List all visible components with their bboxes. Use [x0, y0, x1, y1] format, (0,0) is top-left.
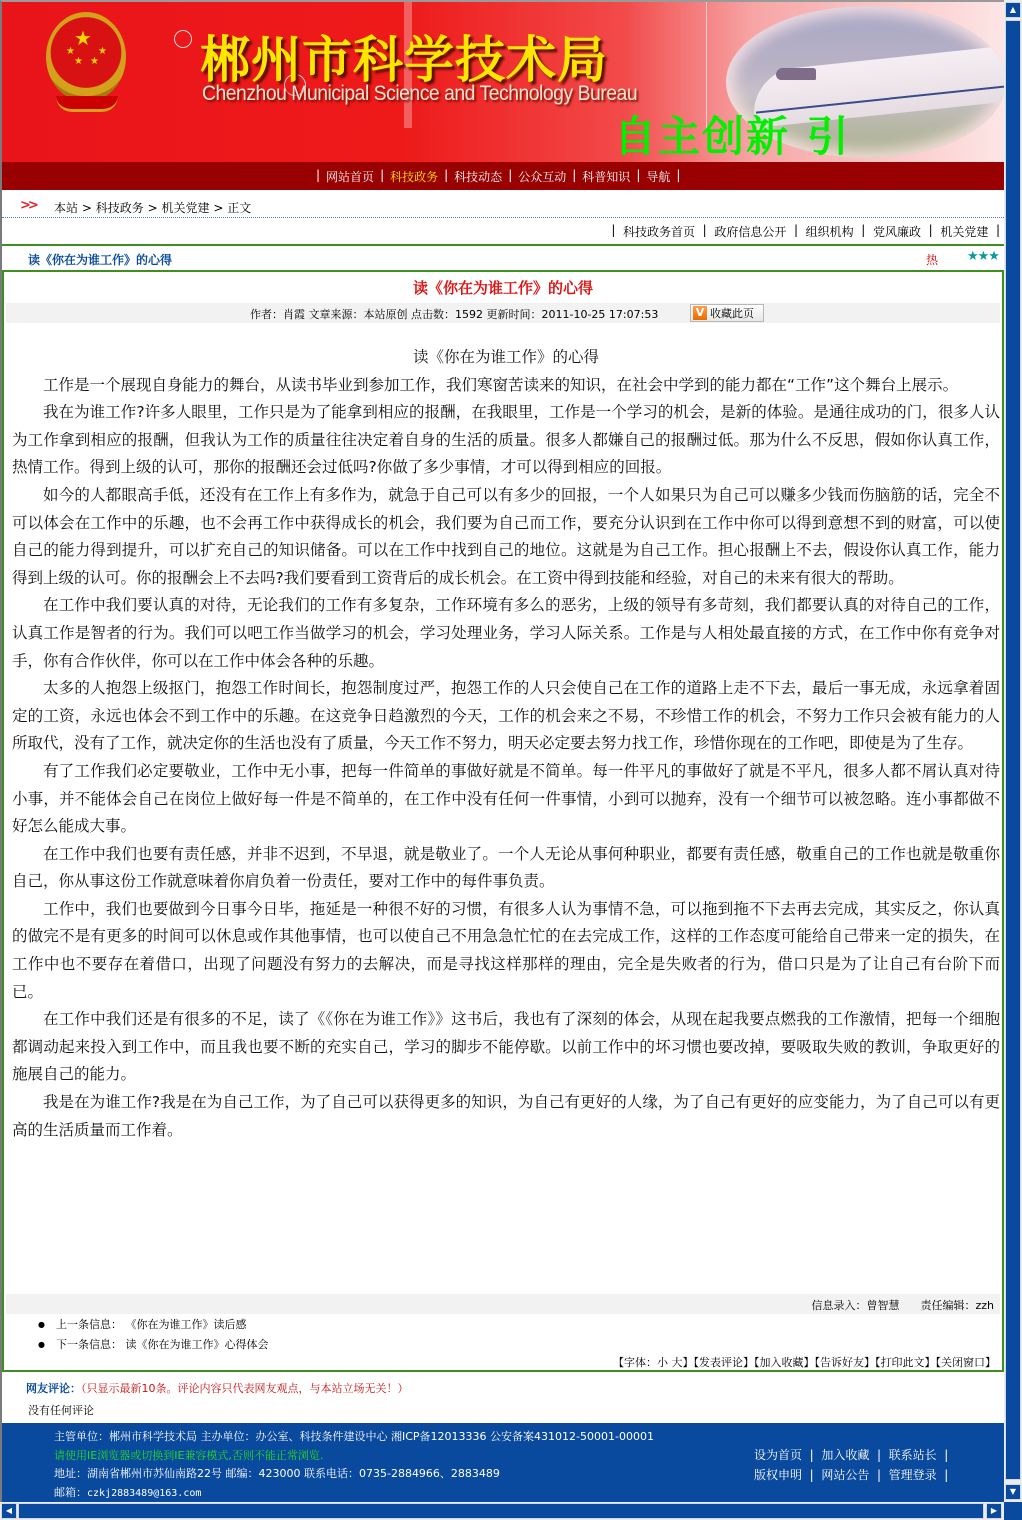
- scroll-up-arrow-icon[interactable]: ▲: [1005, 2, 1021, 18]
- bracket: 】: [683, 1356, 694, 1369]
- article-paragraph: 我是在为谁工作?我是在为自己工作，为了自己可以获得更多的知识，为自己有更好的人缘…: [12, 1089, 1000, 1144]
- double-chevron-right-icon: >>: [20, 198, 36, 213]
- article-body: 读《你在为谁工作》的心得 工作是一个展现自身能力的舞台，从读书毕业到参加工作，我…: [12, 344, 1000, 1144]
- slogan-text: 自主创新 引: [614, 104, 851, 162]
- updated-value: 2011-10-25 17:07:53: [542, 308, 659, 321]
- title-bar-text: 读《你在为谁工作》的心得: [28, 251, 172, 268]
- subnav-item-integrity[interactable]: 党风廉政: [873, 223, 921, 240]
- breadcrumb-separator: >: [148, 201, 158, 215]
- nav-item-sci-tech-affairs[interactable]: 科技政务: [384, 168, 444, 185]
- prev-label: 上一条信息：: [56, 1318, 122, 1331]
- print-link[interactable]: 【打印此文】: [875, 1356, 936, 1369]
- scrollbar-corner: [1004, 1502, 1022, 1520]
- article-body-heading: 读《你在为谁工作》的心得: [12, 344, 1000, 372]
- article-paragraph: 我在为谁工作?许多人眼里，工作只是为了能拿到相应的报酬，在我眼里，工作是一个学习…: [12, 399, 1000, 482]
- email-link[interactable]: czkj2883489@163.com: [87, 1488, 201, 1499]
- rating-stars-icon: ★★★: [967, 249, 999, 264]
- article-paragraph: 工作是一个展现自身能力的舞台，从读书毕业到参加工作，我们寒窗苦读来的知识，在社会…: [12, 372, 1000, 400]
- copyright-link[interactable]: 版权申明: [754, 1468, 802, 1482]
- footer: 主管单位：郴州市科学技术局 主办单位：办公室、科技条件建设中心 湘ICP备120…: [2, 1423, 1004, 1502]
- national-emblem-icon: ★★★★★: [46, 12, 128, 116]
- entry-label: 信息录入：: [811, 1299, 866, 1312]
- bookmark-page-button[interactable]: V 收藏此页: [690, 304, 764, 322]
- page-viewport: ★★★★★ 郴州市科学技术局 Chenzhou Municipal Scienc…: [0, 0, 1004, 1502]
- nav-item-public-interaction[interactable]: 公众互动: [512, 168, 572, 185]
- font-large-link[interactable]: 大: [672, 1356, 683, 1369]
- footer-address: 地址：湖南省郴州市苏仙南路22号 邮编：423000 联系电话：0735-288…: [54, 1465, 654, 1484]
- bookmark-v-icon: V: [693, 306, 707, 320]
- nav-item-sci-tech-news[interactable]: 科技动态: [448, 168, 508, 185]
- contact-webmaster-link[interactable]: 联系站长: [889, 1448, 937, 1462]
- editor-value: zzh: [975, 1299, 994, 1312]
- breadcrumb-item-party-building[interactable]: 机关党建: [161, 201, 209, 215]
- prev-article: 上一条信息： 《你在为谁工作》读后感: [38, 1315, 269, 1335]
- author-value: 肖霞: [283, 308, 305, 321]
- editor-label: 责任编辑：: [920, 1299, 975, 1312]
- article-info-bar: 信息录入：曾智慧 责任编辑：zzh: [6, 1294, 1000, 1314]
- announcement-link[interactable]: 网站公告: [821, 1468, 869, 1482]
- nav-item-home[interactable]: 网站首页: [320, 168, 380, 185]
- post-comment-link[interactable]: 【发表评论】: [694, 1356, 755, 1369]
- breadcrumb-separator: >: [213, 201, 223, 215]
- entry-value: 曾智慧: [866, 1299, 899, 1312]
- comments-label: 网友评论：: [26, 1382, 81, 1395]
- sub-nav: | 科技政务首页 | 政府信息公开 | 组织机构 | 党风廉政 | 机关党建 |: [608, 223, 1001, 240]
- source-value: 本站原创: [364, 308, 408, 321]
- footer-browser-notice: 请使用IE浏览器或切换到IE兼容模式,否则不能正常浏览.: [54, 1447, 654, 1466]
- article-paragraph: 有了工作我们必定要敬业，工作中无小事，把每一件简单的事做好就是不简单。每一件平凡…: [12, 758, 1000, 841]
- vertical-scroll-thumb[interactable]: [1005, 20, 1021, 1480]
- tell-friend-link[interactable]: 【告诉好友】: [815, 1356, 876, 1369]
- horizontal-scrollbar[interactable]: ◀ ▶: [0, 1502, 1004, 1520]
- nav-separator: |: [676, 168, 680, 185]
- article-paragraph: 如今的人都眼高手低，还没有在工作上有多作为，就急于自己可以有多少的回报，一个人如…: [12, 482, 1000, 592]
- comments-header: 网友评论：（只显示最新10条。评论内容只代表网友观点，与本站立场无关！）: [26, 1380, 409, 1396]
- comments-note: （只显示最新10条。评论内容只代表网友观点，与本站立场无关！）: [81, 1382, 409, 1395]
- prev-article-link[interactable]: 《你在为谁工作》读后感: [126, 1318, 247, 1331]
- breadcrumb-item-home[interactable]: 本站: [54, 201, 78, 215]
- article-title-bar: 读《你在为谁工作》的心得 热 ★★★: [2, 244, 1004, 272]
- prev-next-links: 上一条信息： 《你在为谁工作》读后感 下一条信息： 读《你在为谁工作》心得体会: [38, 1315, 269, 1355]
- site-title-en: Chenzhou Municipal Science and Technolog…: [202, 82, 637, 106]
- vertical-scrollbar[interactable]: ▲ ▼: [1004, 0, 1022, 1502]
- scroll-left-arrow-icon[interactable]: ◀: [1, 1503, 17, 1519]
- set-homepage-link[interactable]: 设为首页: [754, 1448, 802, 1462]
- next-article: 下一条信息： 读《你在为谁工作》心得体会: [38, 1335, 269, 1355]
- hot-badge: 热: [926, 251, 938, 268]
- article-paragraph: 在工作中我们还是有很多的不足，读了《《你在为谁工作》》这书后，我也有了深刻的体会…: [12, 1006, 1000, 1089]
- article-title: 读《你在为谁工作》的心得: [2, 277, 1004, 298]
- breadcrumb: >> 本站 > 科技政务 > 机关党建 > 正文: [2, 196, 1004, 218]
- article-paragraph: 太多的人抱怨上级抠门，抱怨工作时间长，抱怨制度过严，抱怨工作的人只会使自己在工作…: [12, 675, 1000, 758]
- author-label: 作者：: [250, 308, 283, 321]
- subnav-item-party-building[interactable]: 机关党建: [940, 223, 988, 240]
- source-label: 文章来源：: [309, 308, 364, 321]
- add-favorite-link[interactable]: 【加入收藏】: [754, 1356, 815, 1369]
- horizontal-scroll-thumb[interactable]: [18, 1503, 984, 1519]
- font-small-link[interactable]: 小: [657, 1356, 668, 1369]
- article-tools: 【字体：小 大】【发表评论】【加入收藏】【告诉好友】【打印此文】【关闭窗口】: [613, 1354, 996, 1370]
- breadcrumb-item-sci-tech-affairs[interactable]: 科技政务: [96, 201, 144, 215]
- font-size-label: 【字体：: [613, 1356, 657, 1369]
- add-favorite-footer-link[interactable]: 加入收藏: [821, 1448, 869, 1462]
- decorative-circle-icon: [174, 30, 192, 48]
- no-comments-text: 没有任何评论: [28, 1402, 94, 1418]
- subnav-item-gov-info[interactable]: 政府信息公开: [714, 223, 786, 240]
- article-meta: 作者：肖霞 文章来源：本站原创 点击数：1592 更新时间：2011-10-25…: [6, 303, 1000, 323]
- clicks-value: 1592: [455, 308, 483, 321]
- next-article-link[interactable]: 读《你在为谁工作》心得体会: [126, 1338, 269, 1351]
- breadcrumb-item-current: 正文: [227, 201, 251, 215]
- subnav-item-organization[interactable]: 组织机构: [806, 223, 854, 240]
- next-label: 下一条信息：: [56, 1338, 122, 1351]
- close-window-link[interactable]: 【关闭窗口】: [936, 1356, 997, 1369]
- scroll-down-arrow-icon[interactable]: ▼: [1005, 1484, 1021, 1500]
- article-paragraph: 在工作中我们要认真的对待，无论我们的工作有多复杂，工作环境有多么的恶劣，上级的领…: [12, 592, 1000, 675]
- nav-item-popular-science[interactable]: 科普知识: [576, 168, 636, 185]
- nav-item-navigation[interactable]: 导航: [640, 168, 676, 185]
- main-nav: | 网站首页 | 科技政务 | 科技动态 | 公众互动 | 科普知识 | 导航 …: [2, 162, 1004, 190]
- clicks-label: 点击数：: [411, 308, 455, 321]
- article-paragraph: 工作中，我们也要做到今日事今日毕，拖延是一种很不好的习惯，有很多人认为事情不急，…: [12, 896, 1000, 1006]
- bookmark-button-label: 收藏此页: [710, 305, 754, 321]
- scroll-right-arrow-icon[interactable]: ▶: [986, 1503, 1002, 1519]
- header-banner: ★★★★★ 郴州市科学技术局 Chenzhou Municipal Scienc…: [2, 2, 1004, 162]
- footer-line-sponsor: 主管单位：郴州市科学技术局 主办单位：办公室、科技条件建设中心 湘ICP备120…: [54, 1428, 654, 1447]
- email-label: 邮箱：: [54, 1486, 87, 1499]
- updated-label: 更新时间：: [487, 308, 542, 321]
- admin-login-link[interactable]: 管理登录: [889, 1468, 937, 1482]
- subnav-item-affairs-home[interactable]: 科技政务首页: [623, 223, 695, 240]
- footer-email: 邮箱：czkj2883489@163.com: [54, 1484, 654, 1503]
- article-paragraph: 在工作中我们也要有责任感，并非不迟到，不早退，就是敬业了。一个人无论从事何种职业…: [12, 841, 1000, 896]
- breadcrumb-separator: >: [82, 201, 92, 215]
